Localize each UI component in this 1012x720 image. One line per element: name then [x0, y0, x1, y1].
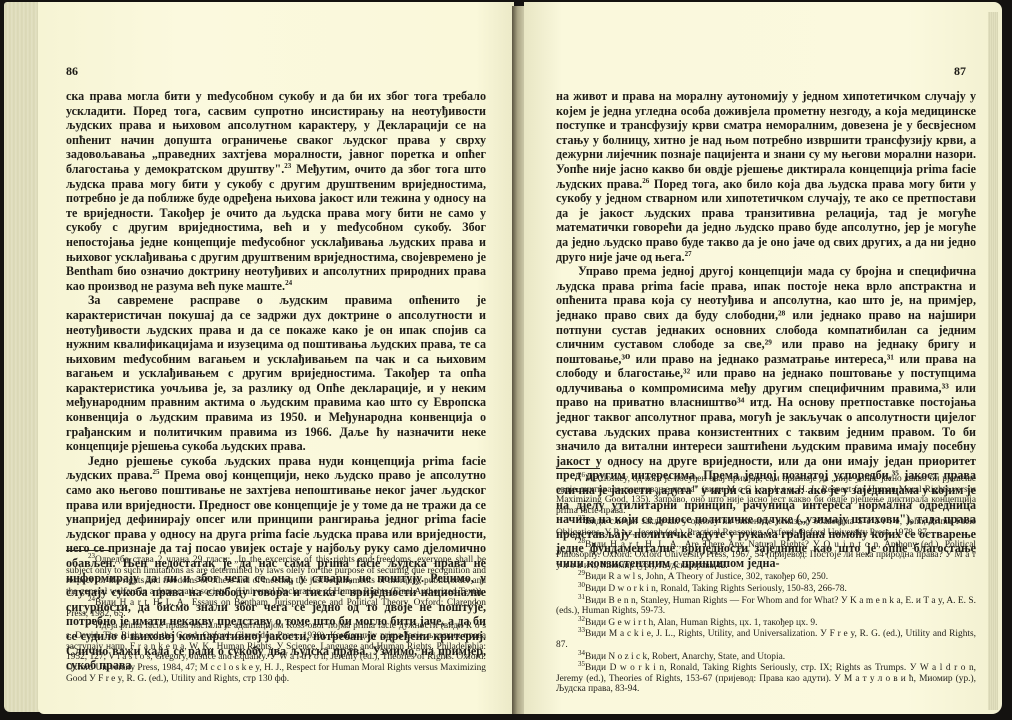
footnote: 32Види G e w i r t h, Alan, Human Rights… [556, 618, 976, 629]
footnote-separator [556, 468, 600, 469]
footnote: 25Идеја prima facie права настала је ада… [66, 621, 486, 685]
right-footnotes: 26McCloskey, од кога је посуђен овај при… [556, 474, 976, 696]
right-page: 87 на живот и права на моралну аутономиј… [524, 2, 1002, 714]
page-stack-right-edge [988, 12, 998, 710]
page-number-right: 87 [954, 64, 966, 79]
paragraph: ска права могла бити у međусобном сукобу… [66, 89, 486, 293]
footnote-ref: 27 [685, 250, 692, 258]
footnote: 27Види сличан закључак у односу на опћен… [556, 517, 976, 538]
footnote: 28Види H a r t, H. L. A., Are There Any … [556, 540, 976, 572]
footnote: 33Види M a c k i e, J. L., Rights, Utili… [556, 629, 976, 650]
paragraph: За савремене расправе о људским правима … [66, 293, 486, 454]
footnote-ref: 24 [285, 279, 292, 287]
paragraph: на живот и права на моралну аутономију у… [556, 89, 976, 264]
footnote: 35Види D w o r k i n, Ronald, Taking Rig… [556, 663, 976, 695]
page-number-left: 86 [66, 64, 78, 79]
footnote-separator [66, 550, 110, 551]
page-stack-left-edge [4, 2, 40, 712]
footnote: 23Одредба става 2 члана 29 гласи: „In th… [66, 555, 486, 597]
footnote: 30Види D w o r k i n, Ronald, Taking Rig… [556, 584, 976, 595]
footnote: 34Види N o z i c k, Robert, Anarchy, Sta… [556, 652, 976, 663]
footnote: 29Види R a w l s, John, A Theory of Just… [556, 572, 976, 583]
left-page: 86 ска права могла бити у međусобном сук… [38, 2, 514, 714]
book-spread: 86 ска права могла бити у međусобном сук… [0, 0, 1012, 720]
footnote: 24Види H a r t, H. L. A., Essaus on Bent… [66, 598, 486, 619]
footnote: 31Види B e n n, Stanley, Human Rights — … [556, 596, 976, 617]
footnote: 26McCloskey, од кога је посуђен овај при… [556, 474, 976, 516]
left-footnotes: 23Одредба става 2 члана 29 гласи: „In th… [66, 555, 486, 685]
